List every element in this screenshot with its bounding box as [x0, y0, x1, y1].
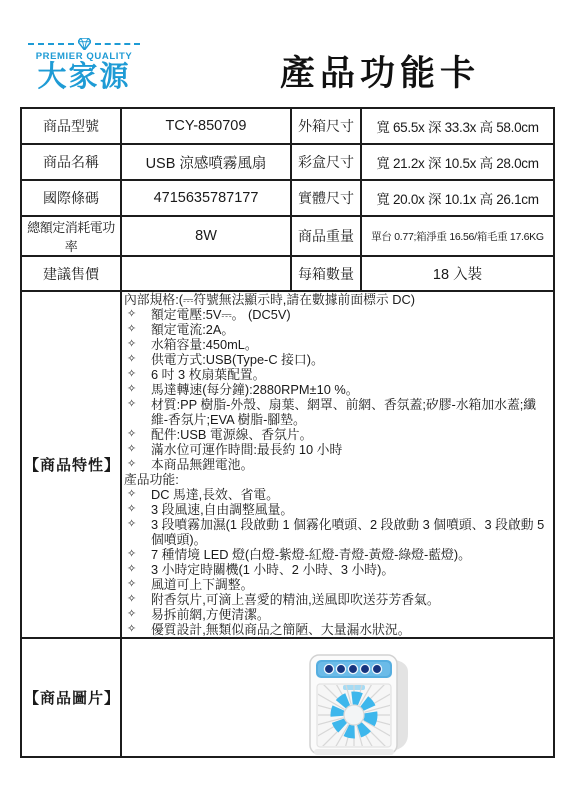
- feature-item: ✧材質:PP 樹脂-外殼、扇葉、網罩、前網、香氛蓋;矽膠-水箱加水蓋;纖維-香氛…: [124, 397, 551, 427]
- feature-item: ✧6 吋 3 枚扇葉配置。: [124, 367, 551, 382]
- table-row-power: 總額定消耗電功率 8W 商品重量 單台 0.77;箱淨重 16.56/箱毛重 1…: [21, 216, 554, 256]
- color-box-size-label: 彩盒尺寸: [291, 144, 361, 180]
- brand-logo: PREMIER QUALITY 大家源: [28, 38, 140, 92]
- table-row-price: 建議售價 每箱數量 18 入裝: [21, 256, 554, 291]
- page-title: 產品功能卡: [250, 46, 510, 96]
- suggested-price-label: 建議售價: [21, 256, 121, 291]
- barcode-value: 4715635787177: [121, 180, 291, 216]
- feature-item: ✧附香氛片,可滴上喜愛的精油,送風即吹送芬芳香氣。: [124, 592, 551, 607]
- suggested-price-value: [121, 256, 291, 291]
- barcode-label: 國際條碼: [21, 180, 121, 216]
- diamond-bullet-icon: ✧: [127, 352, 136, 367]
- feature-item: ✧水箱容量:450mL。: [124, 337, 551, 352]
- outer-box-size-value: 寬 65.5x 深 33.3x 高 58.0cm: [361, 108, 554, 144]
- body-size-label: 實體尺寸: [291, 180, 361, 216]
- feature-item: ✧供電方式:USB(Type-C 接口)。: [124, 352, 551, 367]
- diamond-bullet-icon: ✧: [127, 622, 136, 637]
- spec-table: 商品型號 TCY-850709 外箱尺寸 寬 65.5x 深 33.3x 高 5…: [20, 107, 555, 758]
- product-functions-heading: 產品功能:: [124, 472, 551, 487]
- qty-per-box-label: 每箱數量: [291, 256, 361, 291]
- table-row-image: 【商品圖片】: [21, 638, 554, 757]
- weight-value: 單台 0.77;箱淨重 16.56/箱毛重 17.6KG: [361, 216, 554, 256]
- image-content: [121, 638, 554, 757]
- diamond-bullet-icon: ✧: [127, 322, 136, 337]
- features-content: 內部規格:(⎓符號無法顯示時,請在數據前面標示 DC) ✧額定電壓:5V⎓。 (…: [121, 291, 554, 638]
- table-row-barcode: 國際條碼 4715635787177 實體尺寸 寬 20.0x 深 10.1x …: [21, 180, 554, 216]
- diamond-bullet-icon: ✧: [127, 307, 136, 322]
- product-functions-list: ✧DC 馬達,長效、省電。 ✧3 段風速,自由調整風量。 ✧3 段噴霧加濕(1 …: [124, 487, 551, 637]
- diamond-bullet-icon: ✧: [127, 502, 136, 517]
- feature-item: ✧易拆前網,方便清潔。: [124, 607, 551, 622]
- feature-item: ✧3 小時定時關機(1 小時、2 小時、3 小時)。: [124, 562, 551, 577]
- diamond-bullet-icon: ✧: [127, 442, 136, 457]
- logo-dash-left: [28, 43, 74, 45]
- feature-item: ✧7 種情境 LED 燈(白燈-紫燈-紅燈-青燈-黃燈-綠燈-藍燈)。: [124, 547, 551, 562]
- qty-per-box-value: 18 入裝: [361, 256, 554, 291]
- feature-item: ✧DC 馬達,長效、省電。: [124, 487, 551, 502]
- body-size-value: 寬 20.0x 深 10.1x 高 26.1cm: [361, 180, 554, 216]
- table-row-name: 商品名稱 USB 涼感噴霧風扇 彩盒尺寸 寬 21.2x 深 10.5x 高 2…: [21, 144, 554, 180]
- diamond-bullet-icon: ✧: [127, 487, 136, 502]
- feature-item: ✧風道可上下調整。: [124, 577, 551, 592]
- internal-spec-list: ✧額定電壓:5V⎓。 (DC5V) ✧額定電流:2A。 ✧水箱容量:450mL。…: [124, 307, 551, 472]
- diamond-bullet-icon: ✧: [127, 367, 136, 382]
- features-section-label: 【商品特性】: [21, 291, 121, 638]
- feature-item: ✧3 段噴霧加濕(1 段啟動 1 個霧化噴頭、2 段啟動 3 個噴頭、3 段啟動…: [124, 517, 551, 547]
- diamond-bullet-icon: ✧: [127, 547, 136, 562]
- diamond-bullet-icon: ✧: [127, 517, 136, 532]
- color-box-size-value: 寬 21.2x 深 10.5x 高 28.0cm: [361, 144, 554, 180]
- logo-dash-right: [95, 43, 141, 45]
- feature-item: ✧3 段風速,自由調整風量。: [124, 502, 551, 517]
- logo-ornament: [28, 38, 140, 50]
- diamond-bullet-icon: ✧: [127, 562, 136, 577]
- table-row-features: 【商品特性】 內部規格:(⎓符號無法顯示時,請在數據前面標示 DC) ✧額定電壓…: [21, 291, 554, 638]
- diamond-bullet-icon: ✧: [127, 427, 136, 442]
- feature-item: ✧配件:USB 電源線、香氛片。: [124, 427, 551, 442]
- fan-product-image: [302, 644, 424, 758]
- product-spec-sheet: { "colors": { "brand_blue": "#1e9bd5", "…: [0, 0, 572, 800]
- product-name-value: USB 涼感噴霧風扇: [121, 144, 291, 180]
- feature-item: ✧優質設計,無類似商品之簡陋、大量漏水狀況。: [124, 622, 551, 637]
- feature-item: ✧馬達轉速(每分鐘):2880RPM±10 %。: [124, 382, 551, 397]
- diamond-bullet-icon: ✧: [127, 592, 136, 607]
- diamond-bullet-icon: ✧: [127, 382, 136, 397]
- diamond-bullet-icon: ✧: [127, 577, 136, 592]
- gem-icon: [78, 38, 91, 50]
- outer-box-size-label: 外箱尺寸: [291, 108, 361, 144]
- image-section-label: 【商品圖片】: [21, 638, 121, 757]
- diamond-bullet-icon: ✧: [127, 457, 136, 472]
- model-label: 商品型號: [21, 108, 121, 144]
- diamond-bullet-icon: ✧: [127, 607, 136, 622]
- diamond-bullet-icon: ✧: [127, 397, 136, 412]
- product-image-area: [124, 640, 551, 755]
- internal-spec-heading: 內部規格:(⎓符號無法顯示時,請在數據前面標示 DC): [124, 292, 551, 307]
- diamond-bullet-icon: ✧: [127, 337, 136, 352]
- feature-item: ✧本商品無鋰電池。: [124, 457, 551, 472]
- weight-label: 商品重量: [291, 216, 361, 256]
- model-value: TCY-850709: [121, 108, 291, 144]
- feature-item: ✧額定電壓:5V⎓。 (DC5V): [124, 307, 551, 322]
- feature-item: ✧滿水位可運作時間:最長約 10 小時: [124, 442, 551, 457]
- brand-name: 大家源: [28, 62, 140, 92]
- product-name-label: 商品名稱: [21, 144, 121, 180]
- table-row-model: 商品型號 TCY-850709 外箱尺寸 寬 65.5x 深 33.3x 高 5…: [21, 108, 554, 144]
- rated-power-value: 8W: [121, 216, 291, 256]
- feature-item: ✧額定電流:2A。: [124, 322, 551, 337]
- rated-power-label: 總額定消耗電功率: [21, 216, 121, 256]
